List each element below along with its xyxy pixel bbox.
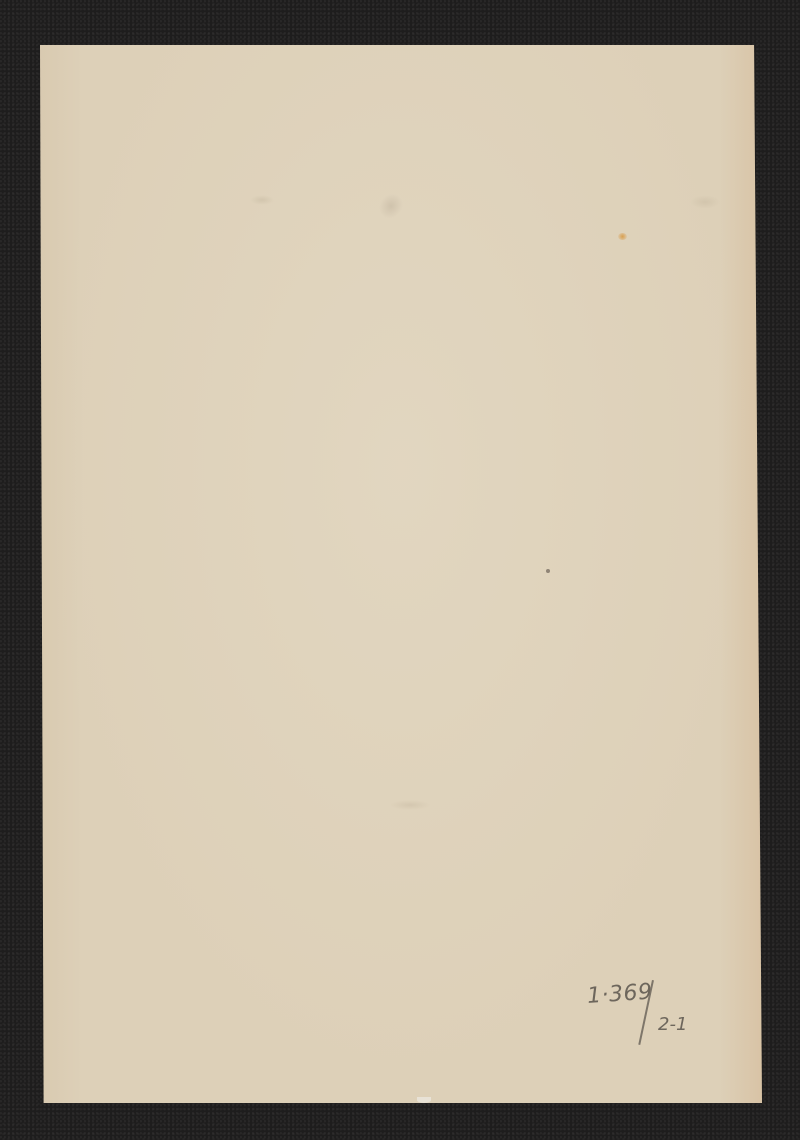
ink-dot: [546, 569, 550, 573]
archive-number-sub: 2-1: [658, 1014, 687, 1035]
paper-sheet: 1·369 2-1: [40, 45, 762, 1103]
grey-smudge: [250, 195, 274, 205]
paper-edge-tear: [417, 1097, 431, 1103]
grey-smudge: [375, 189, 408, 223]
grey-smudge: [690, 195, 720, 209]
grey-smudge: [390, 800, 430, 810]
orange-stain: [618, 233, 627, 240]
handwritten-archive-number: 1·369 2-1: [588, 980, 728, 1050]
archive-number-main: 1·369: [586, 979, 653, 1009]
